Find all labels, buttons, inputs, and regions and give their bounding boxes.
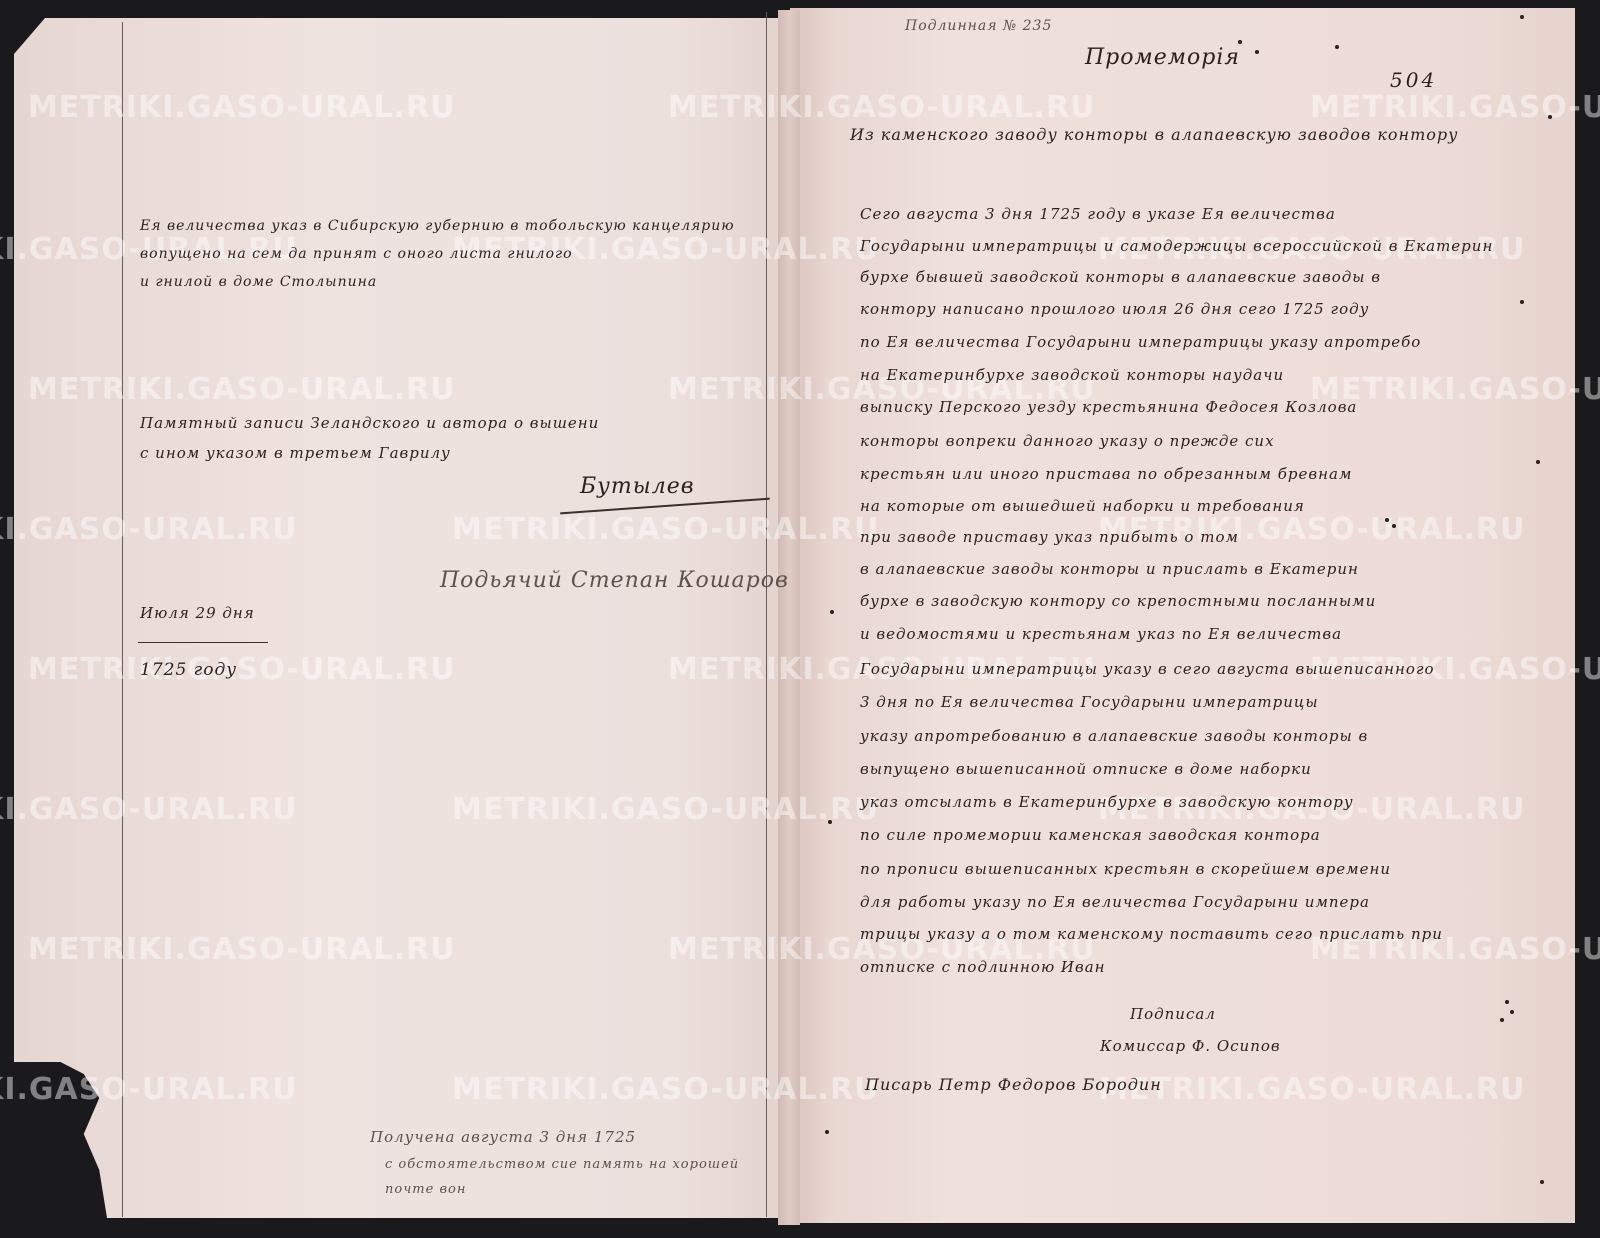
body-line: бурхе в заводскую контору со крепостными… — [860, 592, 1376, 610]
left-text-line: с ином указом в третьем Гаврилу — [140, 444, 451, 462]
watermark: METRIKI.GASO-URAL.RU — [28, 372, 456, 407]
body-line: на Екатеринбурхе заводской конторы науда… — [860, 366, 1284, 384]
watermark: METRIKI.GASO-URAL.RU — [668, 90, 1096, 125]
ink-speck — [1505, 1000, 1509, 1004]
body-line: указу апротребованию в алапаевские завод… — [860, 727, 1368, 745]
ink-speck — [1500, 1018, 1504, 1022]
body-line: контору написано прошлого июля 26 дня се… — [860, 300, 1369, 318]
date-line: 1725 году — [140, 660, 237, 680]
body-line: бурхе бывшей заводской конторы в алапаев… — [860, 268, 1381, 286]
body-line: по прописи вышеписанных крестьян в скоре… — [860, 860, 1391, 878]
body-line: конторы вопреки данного указу о прежде с… — [860, 432, 1275, 450]
right-margin-rule — [766, 12, 767, 1217]
watermark: METRIKI.GASO-URAL.RU — [1310, 90, 1600, 125]
body-line: при заводе приставу указ прибыть о том — [860, 528, 1239, 546]
document-title: Промеморія — [1085, 45, 1240, 70]
bottom-note-line: с обстоятельством сие память на хорошей — [385, 1157, 739, 1172]
ink-speck — [1255, 50, 1259, 54]
body-line: выписку Перского уезду крестьянина Федос… — [860, 398, 1357, 416]
body-line: Сего августа 3 дня 1725 году в указе Ея … — [860, 205, 1336, 223]
bottom-note-line: почте вон — [385, 1182, 466, 1197]
ink-speck — [828, 820, 832, 824]
body-line: на которые от вышедшей наборки и требова… — [860, 497, 1305, 515]
book-gutter — [778, 10, 800, 1225]
date-line: Июля 29 дня — [140, 604, 255, 622]
body-line: Государыни императрицы и самодержицы все… — [860, 237, 1493, 255]
body-line: для работы указу по Ея величества Госуда… — [860, 893, 1370, 911]
ink-speck — [1536, 460, 1540, 464]
watermark: METRIKI.GASO-URAL.RU — [452, 792, 880, 827]
ink-speck — [830, 610, 834, 614]
body-line: крестьян или иного пристава по обрезанны… — [860, 465, 1352, 483]
watermark: METRIKI.GASO-URAL.RU — [28, 652, 456, 687]
document-subtitle: Из каменского заводу конторы в алапаевск… — [850, 125, 1458, 144]
page-number: 504 — [1390, 68, 1437, 92]
left-margin-rule — [122, 22, 123, 1217]
watermark: METRIKI.GASO-URAL.RU — [28, 932, 456, 967]
left-text-line: Памятный записи Зеландского и автора о в… — [140, 414, 599, 432]
ink-speck — [1540, 1180, 1544, 1184]
commissar-signature: Комиссар Ф. Осипов — [1100, 1037, 1281, 1055]
watermark: METRIKI.GASO-URAL.RU — [452, 512, 880, 547]
watermark: METRIKI.GASO-URAL.RU — [1098, 1072, 1526, 1107]
body-line: отписке с подлинною Иван — [860, 958, 1106, 976]
ink-speck — [1238, 40, 1242, 44]
ink-speck — [1520, 15, 1524, 19]
signature: Бутылев — [580, 474, 695, 499]
body-line: указ отсылать в Екатеринбурхе в заводску… — [860, 793, 1354, 811]
left-text-line: и гнилой в доме Столыпина — [140, 274, 377, 290]
date-divider — [138, 642, 268, 643]
watermark: METRIKI.GASO-URAL.RU — [28, 90, 456, 125]
ink-speck — [1548, 115, 1552, 119]
body-line: в алапаевские заводы конторы и прислать … — [860, 560, 1359, 578]
watermark: METRIKI.GASO-URAL.RU — [0, 512, 298, 547]
left-text-line: Ея величества указ в Сибирскую губернию … — [140, 218, 735, 234]
watermark: METRIKI.GASO-URAL.RU — [0, 1072, 298, 1107]
body-line: 3 дня по Ея величества Государыни импера… — [860, 693, 1319, 711]
signature-label: Подписал — [1130, 1005, 1216, 1023]
watermark: METRIKI.GASO-URAL.RU — [452, 1072, 880, 1107]
body-line: по Ея величества Государыни императрицы … — [860, 333, 1421, 351]
ink-speck — [1510, 1010, 1514, 1014]
ink-speck — [1335, 45, 1339, 49]
ink-speck — [1392, 524, 1396, 528]
ink-speck — [1520, 300, 1524, 304]
watermark: METRIKI.GASO-URAL.RU — [0, 792, 298, 827]
left-page — [14, 18, 789, 1218]
bottom-note-line: Получена августа 3 дня 1725 — [370, 1128, 636, 1146]
left-text-line: вопущено на сем да принят с оного листа … — [140, 246, 573, 262]
body-line: выпущено вышеписанной отписке в доме наб… — [860, 760, 1312, 778]
body-line: трицы указу а о том каменскому поставить… — [860, 925, 1443, 943]
clerk-signature: Подьячий Степан Кошаров — [440, 568, 789, 593]
ink-speck — [1385, 518, 1389, 522]
body-line: и ведомостями и крестьянам указ по Ея ве… — [860, 625, 1342, 643]
clerk-signature: Писарь Петр Федоров Бородин — [865, 1075, 1162, 1094]
body-line: по силе промемории каменская заводская к… — [860, 826, 1321, 844]
body-line: Государыни императрицы указу в сего авгу… — [860, 660, 1435, 678]
ink-speck — [825, 1130, 829, 1134]
archive-note: Подлинная № 235 — [905, 18, 1052, 34]
